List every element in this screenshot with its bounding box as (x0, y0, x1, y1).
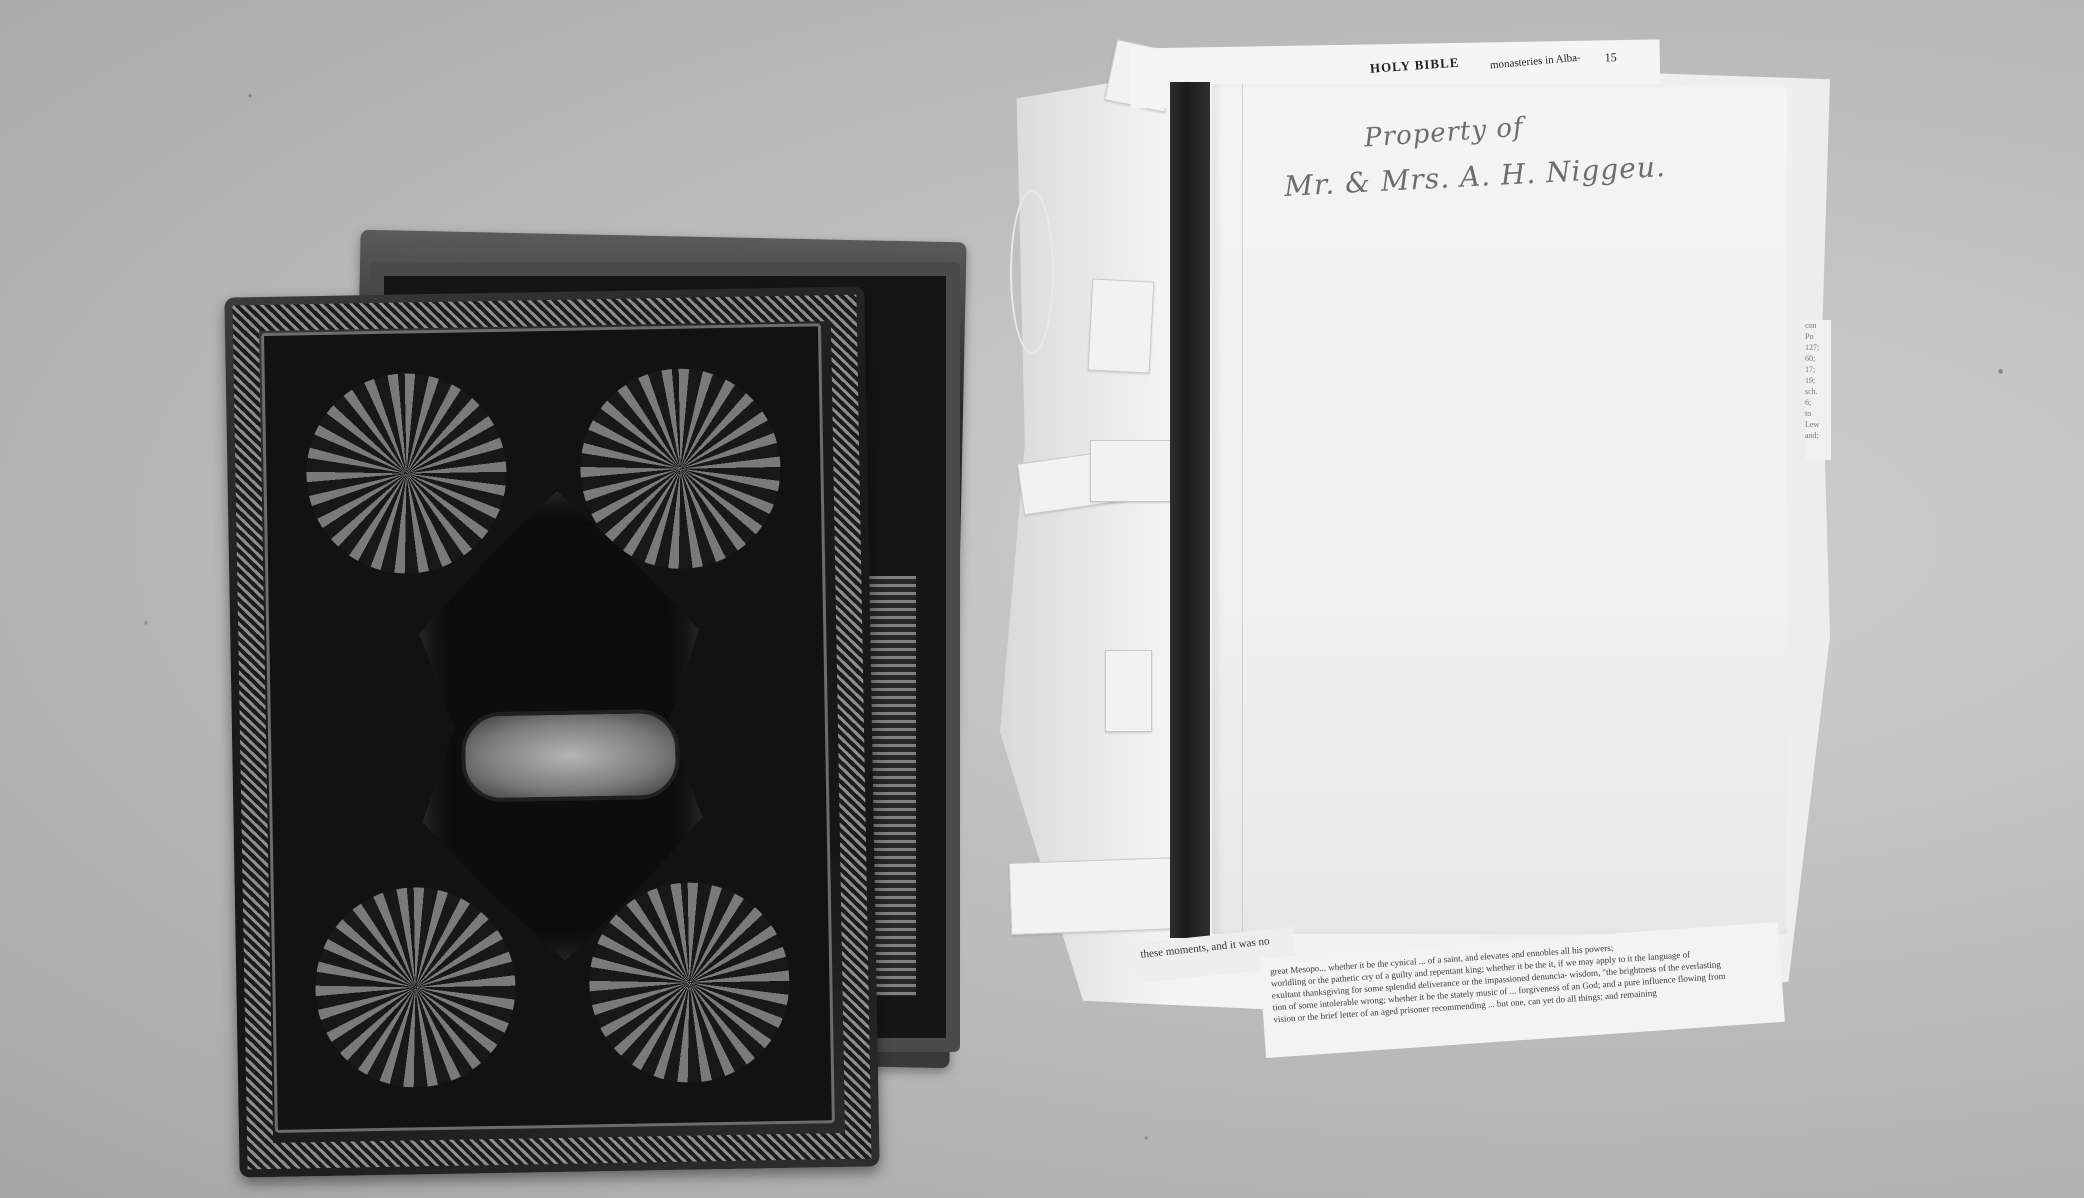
cloth-spine-strip (1170, 82, 1210, 938)
right-edge-printed-fragment: con Po 127; 60; 17; 19; sch. 6; to Lew a… (1805, 320, 1831, 460)
corner-medallion-top-left (305, 372, 508, 575)
torn-page-scrap (1009, 857, 1183, 935)
binding-thread (1010, 190, 1054, 354)
fragment-text: 60; (1805, 353, 1831, 364)
corner-medallion-bottom-right (588, 881, 791, 1084)
fragment-text: sch. (1805, 386, 1831, 397)
front-cover (224, 286, 879, 1177)
page-text-fragment: monasteries in Alba- (1489, 52, 1581, 72)
running-head: HOLY BIBLE (1369, 55, 1460, 77)
cover-panel (261, 323, 835, 1133)
page-fold-line (1242, 84, 1243, 934)
fragment-text: to (1805, 408, 1831, 419)
fragment-text: Lew (1805, 419, 1831, 430)
fragment-text: 17; (1805, 364, 1831, 375)
corner-medallion-bottom-left (314, 886, 517, 1089)
inscription-line-1: Property of (1363, 112, 1524, 153)
fragment-text: Po (1805, 331, 1831, 342)
fragment-text: con (1805, 320, 1831, 331)
torn-page-scrap (1105, 650, 1152, 732)
fragment-text: and; (1805, 430, 1831, 441)
inscription-line-2: Mr. & Mrs. A. H. Niggeu. (1283, 150, 1666, 203)
page-number: 15 (1605, 50, 1617, 65)
cover-nameplate (461, 709, 681, 803)
fragment-text: 127; (1805, 342, 1831, 353)
photograph: HOLY BIBLE monasteries in Alba- 15 Prope… (0, 0, 2084, 1198)
torn-page-scrap (1088, 278, 1155, 373)
fragment-text: 6; (1805, 397, 1831, 408)
fragment-text: 19; (1805, 375, 1831, 386)
flyleaf-page: Property of Mr. & Mrs. A. H. Niggeu. (1212, 84, 1787, 934)
